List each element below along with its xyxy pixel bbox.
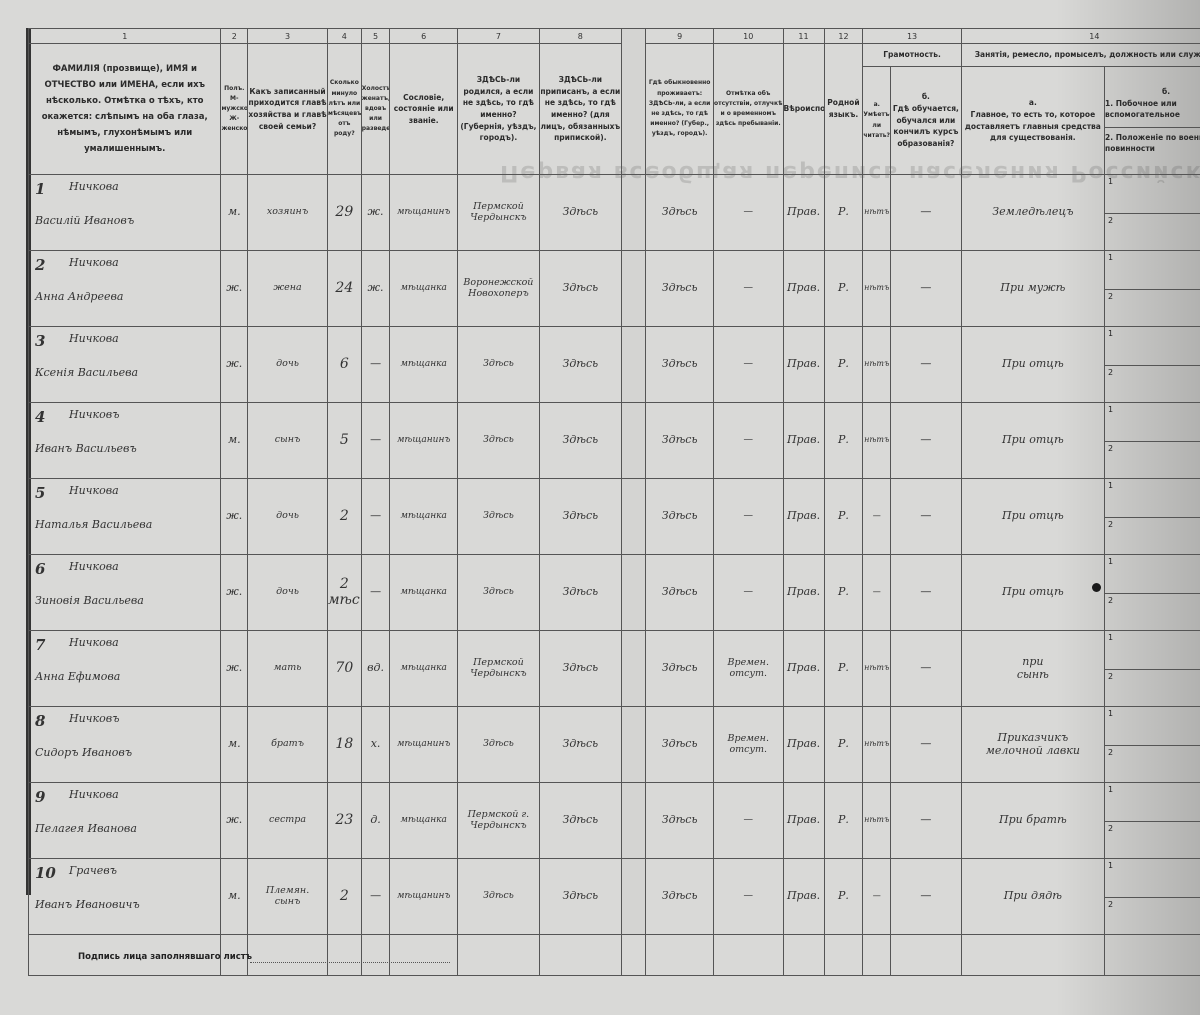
residence-cell: Здѣсь — [646, 631, 714, 707]
literacy-a-cell: нѣтъ — [863, 783, 891, 859]
line-1-label: 1 — [1108, 861, 1113, 870]
line-2-label: 2 — [1108, 216, 1113, 225]
residence-cell: Здѣсь — [646, 403, 714, 479]
age-cell: 2 — [327, 479, 361, 555]
header-occupation: Занятія, ремесло, промыселъ, должность и… — [961, 44, 1200, 67]
line-1-label: 1 — [1108, 557, 1113, 566]
empty-cell — [863, 935, 891, 976]
age-cell: 18 — [327, 707, 361, 783]
line-1-label: 1 — [1108, 253, 1113, 262]
sub-text: Гдѣ обучается, обучался или кончилъ курс… — [891, 103, 961, 150]
sex-cell: ж. — [221, 631, 248, 707]
given-name: Анна Андреева — [35, 291, 123, 303]
table-row: 5 Ничкова Наталья Васильева ж. дочь 2 — … — [29, 479, 1200, 555]
occupation-cell: При отцѣ — [961, 327, 1104, 403]
marital-cell: ж. — [361, 251, 390, 327]
age-cell: 70 — [327, 631, 361, 707]
sub-label: б. — [891, 91, 961, 103]
table-row: 7 Ничкова Анна Ефимова ж. мать 70 вд. мѣ… — [29, 631, 1200, 707]
occupation-cell: При дядѣ — [961, 859, 1104, 935]
birthplace-cell: Пермской г. Чердынскъ — [457, 783, 539, 859]
marital-cell: ж. — [361, 175, 390, 251]
residence-cell: Здѣсь — [646, 859, 714, 935]
row-number: 8 — [35, 713, 45, 730]
literacy-a-cell: — — [863, 859, 891, 935]
surname: Ничкова — [69, 789, 119, 801]
col-num: 6 — [390, 29, 458, 44]
absence-cell: — — [713, 555, 783, 631]
birthplace-cell: Пермской Чердынскъ — [457, 175, 539, 251]
name-cell: 7 Ничкова Анна Ефимова — [29, 631, 221, 707]
divider — [1105, 669, 1200, 670]
birthplace-cell: Здѣсь — [457, 707, 539, 783]
surname: Ничковъ — [69, 409, 119, 421]
language-cell: Р. — [824, 327, 863, 403]
blank-cell — [621, 403, 646, 479]
relation-cell: сынъ — [248, 403, 328, 479]
sex-cell: м. — [221, 859, 248, 935]
line-2-label: 2 — [1108, 520, 1113, 529]
religion-cell: Прав. — [783, 479, 824, 555]
surname: Ничкова — [69, 181, 119, 193]
language-cell: Р. — [824, 175, 863, 251]
header-language: Родной языкъ. — [824, 44, 863, 175]
sub-label: а. — [863, 100, 890, 110]
census-table: 1 2 3 4 5 6 7 8 9 10 11 12 13 14 ФАМИЛІЯ… — [28, 28, 1200, 976]
language-cell: Р. — [824, 707, 863, 783]
empty-cell — [783, 935, 824, 976]
language-cell: Р. — [824, 251, 863, 327]
secondary-occupation-cell: 1 2 — [1105, 631, 1200, 707]
name-cell: 8 Ничковъ Сидоръ Ивановъ — [29, 707, 221, 783]
col-num: 7 — [457, 29, 539, 44]
secondary-occupation-cell: 1 2 — [1105, 859, 1200, 935]
col-num: 3 — [248, 29, 328, 44]
relation-cell: мать — [248, 631, 328, 707]
table-row: 8 Ничковъ Сидоръ Ивановъ м. братъ 18 х. … — [29, 707, 1200, 783]
given-name: Василій Ивановъ — [35, 215, 134, 227]
col-num: 10 — [713, 29, 783, 44]
secondary-occupation-cell: 1 2 — [1105, 783, 1200, 859]
literacy-a-cell: нѣтъ — [863, 327, 891, 403]
residence-cell: Здѣсь — [646, 479, 714, 555]
sex-cell: ж. — [221, 783, 248, 859]
col-num: 9 — [646, 29, 714, 44]
name-cell: 6 Ничкова Зиновія Васильева — [29, 555, 221, 631]
marital-cell: д. — [361, 783, 390, 859]
given-name: Иванъ Васильевъ — [35, 443, 137, 455]
sub-label: б. — [1105, 86, 1200, 98]
secondary-occupation-cell: 1 2 — [1105, 327, 1200, 403]
secondary-occupation-cell: 1 2 — [1105, 251, 1200, 327]
marital-cell: — — [361, 403, 390, 479]
literacy-b-cell: — — [891, 707, 962, 783]
line-2-label: 2 — [1108, 596, 1113, 605]
given-name: Ксенія Васильева — [35, 367, 138, 379]
estate-cell: мѣщанинъ — [390, 175, 458, 251]
blank-cell — [621, 859, 646, 935]
ink-blot — [1092, 583, 1101, 592]
blank-column — [621, 29, 646, 175]
literacy-a-cell: нѣтъ — [863, 631, 891, 707]
birthplace-cell: Здѣсь — [457, 327, 539, 403]
empty-cell — [457, 935, 539, 976]
header-literacy: Грамотность. — [863, 44, 961, 67]
birthplace-cell: Пермской Чердынскъ — [457, 631, 539, 707]
estate-cell: мѣщанка — [390, 479, 458, 555]
age-cell: 29 — [327, 175, 361, 251]
relation-cell: хозяинъ — [248, 175, 328, 251]
occupation-cell: При братѣ — [961, 783, 1104, 859]
occupation-cell: При мужѣ — [961, 251, 1104, 327]
estate-cell: мѣщанинъ — [390, 707, 458, 783]
registered-cell: Здѣсь — [539, 403, 621, 479]
religion-cell: Прав. — [783, 783, 824, 859]
given-name: Пелагея Иванова — [35, 823, 137, 835]
language-cell: Р. — [824, 403, 863, 479]
signature-line — [250, 962, 450, 963]
sub-text: Главное, то есть то, которое доставляетъ… — [962, 109, 1104, 144]
header-birthplace: ЗДѢСЬ-ли родился, а если не здѣсь, то гд… — [457, 44, 539, 175]
empty-cell — [1105, 935, 1200, 976]
marital-cell: — — [361, 479, 390, 555]
divider — [1105, 517, 1200, 518]
surname: Ничкова — [69, 561, 119, 573]
given-name: Наталья Васильева — [35, 519, 152, 531]
header-age: Сколько минуло лѣтъ или мѣсяцевъ отъ род… — [327, 44, 361, 175]
header-religion: Вѣроисповѣданіе. — [783, 44, 824, 175]
religion-cell: Прав. — [783, 175, 824, 251]
table-row: 6 Ничкова Зиновія Васильева ж. дочь 2 мѣ… — [29, 555, 1200, 631]
header-residence: Гдѣ обыкновенно проживаетъ: ЗДѢСЬ-ли, а … — [646, 44, 714, 175]
header-occupation-b: б. 1. Побочное или вспомогательное 2. По… — [1105, 67, 1200, 175]
header-marital: Холостъ, женатъ, вдовъ или разведенъ. — [361, 44, 390, 175]
absence-cell: — — [713, 479, 783, 555]
header-estate: Сословіе, состояніе или званіе. — [390, 44, 458, 175]
literacy-a-cell: нѣтъ — [863, 251, 891, 327]
line-2-label: 2 — [1108, 672, 1113, 681]
divider — [1105, 897, 1200, 898]
registered-cell: Здѣсь — [539, 631, 621, 707]
col-num: 5 — [361, 29, 390, 44]
blank-cell — [621, 251, 646, 327]
name-cell: 1 Ничкова Василій Ивановъ — [29, 175, 221, 251]
blank-cell — [621, 631, 646, 707]
literacy-b-cell: — — [891, 479, 962, 555]
empty-cell — [824, 935, 863, 976]
header-name: ФАМИЛІЯ (прозвище), ИМЯ и ОТЧЕСТВО или И… — [29, 44, 221, 175]
divider — [1105, 593, 1200, 594]
registered-cell: Здѣсь — [539, 327, 621, 403]
table-row: 9 Ничкова Пелагея Иванова ж. сестра 23 д… — [29, 783, 1200, 859]
occupation-cell: при сынѣ — [961, 631, 1104, 707]
relation-cell: дочь — [248, 555, 328, 631]
literacy-b-cell: — — [891, 403, 962, 479]
surname: Ничковъ — [69, 713, 119, 725]
col-num: 11 — [783, 29, 824, 44]
secondary-occupation-cell: 1 2 — [1105, 175, 1200, 251]
birthplace-cell: Здѣсь — [457, 479, 539, 555]
line-1-label: 1 — [1108, 481, 1113, 490]
birthplace-cell: Здѣсь — [457, 859, 539, 935]
col-num: 12 — [824, 29, 863, 44]
relation-cell: дочь — [248, 479, 328, 555]
header-literacy-b: б. Гдѣ обучается, обучался или кончилъ к… — [891, 67, 962, 175]
estate-cell: мѣщанка — [390, 555, 458, 631]
given-name: Сидоръ Ивановъ — [35, 747, 132, 759]
religion-cell: Прав. — [783, 403, 824, 479]
residence-cell: Здѣсь — [646, 707, 714, 783]
age-cell: 23 — [327, 783, 361, 859]
age-cell: 24 — [327, 251, 361, 327]
sex-cell: ж. — [221, 251, 248, 327]
header-occupation-a: а. Главное, то есть то, которое доставля… — [961, 67, 1104, 175]
line-1-label: 1 — [1108, 405, 1113, 414]
residence-cell: Здѣсь — [646, 251, 714, 327]
registered-cell: Здѣсь — [539, 859, 621, 935]
given-name: Иванъ Ивановичъ — [35, 899, 140, 911]
absence-cell: — — [713, 327, 783, 403]
birthplace-cell: Воронежской Новохоперъ — [457, 251, 539, 327]
registered-cell: Здѣсь — [539, 251, 621, 327]
absence-cell: Времен. отсут. — [713, 631, 783, 707]
name-cell: 3 Ничкова Ксенія Васильева — [29, 327, 221, 403]
row-number: 1 — [35, 181, 45, 198]
sex-cell: ж. — [221, 479, 248, 555]
line-2-label: 2 — [1108, 824, 1113, 833]
row-number: 9 — [35, 789, 45, 806]
sex-cell: м. — [221, 403, 248, 479]
header-sex: Полъ. М-мужской. Ж-женской. — [221, 44, 248, 175]
religion-cell: Прав. — [783, 251, 824, 327]
literacy-b-cell: — — [891, 251, 962, 327]
residence-cell: Здѣсь — [646, 555, 714, 631]
occupation-cell: При отцѣ — [961, 479, 1104, 555]
religion-cell: Прав. — [783, 707, 824, 783]
line-1-label: 1 — [1108, 709, 1113, 718]
absence-cell: — — [713, 403, 783, 479]
header-absence: Отмѣтка объ отсутствіи, отлучкѣ и о врем… — [713, 44, 783, 175]
given-name: Зиновія Васильева — [35, 595, 144, 607]
column-number-row: 1 2 3 4 5 6 7 8 9 10 11 12 13 14 — [29, 29, 1200, 44]
estate-cell: мѣщанка — [390, 631, 458, 707]
birthplace-cell: Здѣсь — [457, 555, 539, 631]
sub-text: 2. Положеніе по военной повинности — [1105, 127, 1200, 155]
registered-cell: Здѣсь — [539, 175, 621, 251]
divider — [1105, 289, 1200, 290]
religion-cell: Прав. — [783, 859, 824, 935]
occupation-cell: При отцѣ — [961, 555, 1104, 631]
blank-cell — [621, 707, 646, 783]
estate-cell: мѣщанка — [390, 251, 458, 327]
col-num: 1 — [29, 29, 221, 44]
estate-cell: мѣщанка — [390, 327, 458, 403]
registered-cell: Здѣсь — [539, 783, 621, 859]
estate-cell: мѣщанинъ — [390, 859, 458, 935]
birthplace-cell: Здѣсь — [457, 403, 539, 479]
registered-cell: Здѣсь — [539, 707, 621, 783]
marital-cell: — — [361, 859, 390, 935]
religion-cell: Прав. — [783, 555, 824, 631]
row-number: 4 — [35, 409, 45, 426]
secondary-occupation-cell: 1 2 — [1105, 707, 1200, 783]
relation-cell: сестра — [248, 783, 328, 859]
occupation-cell: Земледѣлецъ — [961, 175, 1104, 251]
header-registered: ЗДѢСЬ-ли приписанъ, а если не здѣсь, то … — [539, 44, 621, 175]
surname: Ничкова — [69, 637, 119, 649]
relation-cell: дочь — [248, 327, 328, 403]
marital-cell: х. — [361, 707, 390, 783]
marital-cell: — — [361, 555, 390, 631]
row-number: 7 — [35, 637, 45, 654]
blank-cell — [621, 479, 646, 555]
absence-cell: — — [713, 783, 783, 859]
literacy-b-cell: — — [891, 327, 962, 403]
empty-cell — [621, 935, 646, 976]
sub-text: 1. Побочное или вспомогательное — [1105, 98, 1200, 121]
line-1-label: 1 — [1108, 329, 1113, 338]
literacy-a-cell: — — [863, 555, 891, 631]
table-row: 1 Ничкова Василій Ивановъ м. хозяинъ 29 … — [29, 175, 1200, 251]
col-num: 4 — [327, 29, 361, 44]
literacy-a-cell: нѣтъ — [863, 175, 891, 251]
blank-cell — [621, 555, 646, 631]
row-number: 6 — [35, 561, 45, 578]
estate-cell: мѣщанка — [390, 783, 458, 859]
religion-cell: Прав. — [783, 327, 824, 403]
occupation-cell: При отцѣ — [961, 403, 1104, 479]
language-cell: Р. — [824, 479, 863, 555]
surname: Ничкова — [69, 333, 119, 345]
col-num: 13 — [863, 29, 961, 44]
empty-cell — [539, 935, 621, 976]
language-cell: Р. — [824, 555, 863, 631]
empty-cell — [713, 935, 783, 976]
divider — [1105, 213, 1200, 214]
language-cell: Р. — [824, 859, 863, 935]
relation-cell: жена — [248, 251, 328, 327]
header-relation: Какъ записанный приходится главѣ хозяйст… — [248, 44, 328, 175]
literacy-b-cell: — — [891, 631, 962, 707]
registered-cell: Здѣсь — [539, 479, 621, 555]
row-number: 3 — [35, 333, 45, 350]
header-group-row: ФАМИЛІЯ (прозвище), ИМЯ и ОТЧЕСТВО или И… — [29, 44, 1200, 67]
header-literacy-a: а. Умѣетъ-ли читать? — [863, 67, 891, 175]
marital-cell: вд. — [361, 631, 390, 707]
divider — [1105, 821, 1200, 822]
literacy-a-cell: — — [863, 479, 891, 555]
name-cell: 2 Ничкова Анна Андреева — [29, 251, 221, 327]
signature-label: Подпись лица заполнявшаго листъ — [78, 952, 252, 962]
occupation-cell: Приказчикъ мелочной лавки — [961, 707, 1104, 783]
residence-cell: Здѣсь — [646, 175, 714, 251]
estate-cell: мѣщанинъ — [390, 403, 458, 479]
residence-cell: Здѣсь — [646, 783, 714, 859]
secondary-occupation-cell: 1 2 — [1105, 479, 1200, 555]
col-num: 2 — [221, 29, 248, 44]
name-cell: 10 Грачевъ Иванъ Ивановичъ — [29, 859, 221, 935]
literacy-b-cell: — — [891, 555, 962, 631]
relation-cell: братъ — [248, 707, 328, 783]
literacy-a-cell: нѣтъ — [863, 403, 891, 479]
empty-cell — [327, 935, 361, 976]
age-cell: 2 мѣс. — [327, 555, 361, 631]
line-2-label: 2 — [1108, 900, 1113, 909]
absence-cell: Времен. отсут. — [713, 707, 783, 783]
marital-cell: — — [361, 327, 390, 403]
secondary-occupation-cell: 1 2 — [1105, 403, 1200, 479]
empty-cell — [891, 935, 962, 976]
line-2-label: 2 — [1108, 292, 1113, 301]
empty-cell — [390, 935, 458, 976]
line-2-label: 2 — [1108, 748, 1113, 757]
sub-text: Умѣетъ-ли читать? — [863, 110, 890, 141]
secondary-occupation-cell: 1 2 — [1105, 555, 1200, 631]
col-num: 8 — [539, 29, 621, 44]
literacy-a-cell: нѣтъ — [863, 707, 891, 783]
sex-cell: ж. — [221, 327, 248, 403]
name-cell: 4 Ничковъ Иванъ Васильевъ — [29, 403, 221, 479]
name-cell: 9 Ничкова Пелагея Иванова — [29, 783, 221, 859]
divider — [1105, 441, 1200, 442]
table-row: 3 Ничкова Ксенія Васильева ж. дочь 6 — м… — [29, 327, 1200, 403]
given-name: Анна Ефимова — [35, 671, 120, 683]
sub-label: а. — [962, 97, 1104, 109]
line-1-label: 1 — [1108, 177, 1113, 186]
relation-cell: Племян. сынъ — [248, 859, 328, 935]
empty-cell — [646, 935, 714, 976]
line-2-label: 2 — [1108, 368, 1113, 377]
literacy-b-cell: — — [891, 783, 962, 859]
line-2-label: 2 — [1108, 444, 1113, 453]
table-row: 10 Грачевъ Иванъ Ивановичъ м. Племян. сы… — [29, 859, 1200, 935]
surname: Ничкова — [69, 257, 119, 269]
sex-cell: м. — [221, 175, 248, 251]
table-row: 4 Ничковъ Иванъ Васильевъ м. сынъ 5 — мѣ… — [29, 403, 1200, 479]
age-cell: 2 — [327, 859, 361, 935]
col-num: 14 — [961, 29, 1200, 44]
blank-cell — [621, 175, 646, 251]
age-cell: 6 — [327, 327, 361, 403]
empty-cell — [961, 935, 1104, 976]
absence-cell: — — [713, 251, 783, 327]
age-cell: 5 — [327, 403, 361, 479]
registered-cell: Здѣсь — [539, 555, 621, 631]
empty-cell — [248, 935, 328, 976]
language-cell: Р. — [824, 783, 863, 859]
row-number: 2 — [35, 257, 45, 274]
absence-cell: — — [713, 175, 783, 251]
table-row: 2 Ничкова Анна Андреева ж. жена 24 ж. мѣ… — [29, 251, 1200, 327]
sex-cell: ж. — [221, 555, 248, 631]
line-1-label: 1 — [1108, 633, 1113, 642]
empty-cell — [361, 935, 390, 976]
literacy-b-cell: — — [891, 175, 962, 251]
religion-cell: Прав. — [783, 631, 824, 707]
surname: Ничкова — [69, 485, 119, 497]
line-1-label: 1 — [1108, 785, 1113, 794]
absence-cell: — — [713, 859, 783, 935]
language-cell: Р. — [824, 631, 863, 707]
divider — [1105, 745, 1200, 746]
surname: Грачевъ — [69, 865, 117, 877]
row-number: 10 — [35, 865, 56, 882]
row-number: 5 — [35, 485, 45, 502]
blank-cell — [621, 327, 646, 403]
literacy-b-cell: — — [891, 859, 962, 935]
divider — [1105, 365, 1200, 366]
residence-cell: Здѣсь — [646, 327, 714, 403]
